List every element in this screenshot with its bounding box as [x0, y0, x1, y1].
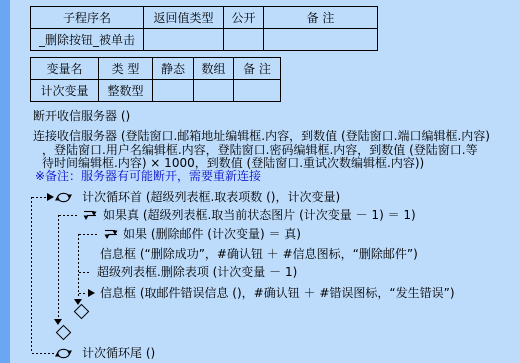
array-cell[interactable]: [194, 80, 234, 102]
remark-cell[interactable]: [264, 29, 378, 51]
public-cell[interactable]: [224, 29, 264, 51]
flow-guide-level2: [58, 215, 59, 318]
code-line-loop-end[interactable]: 计次循环尾 (): [82, 347, 155, 360]
code-line-if[interactable]: 如果 (删除邮件 (计次变量) ＝ 真): [123, 228, 301, 241]
flow-guide-level3: [78, 234, 79, 297]
col-variable-name: 变量名: [31, 58, 99, 80]
table-row: 计次变量 整数型: [31, 80, 281, 102]
if-branch-icon: [82, 208, 99, 223]
variable-type-cell[interactable]: 整数型: [99, 80, 153, 102]
subroutine-name-cell[interactable]: _删除按钮_被单击: [31, 29, 144, 51]
else-branch-arrow-icon: [88, 289, 95, 297]
if-true-end-diamond-icon: [56, 325, 72, 341]
remark-cell[interactable]: [234, 80, 281, 102]
if-end-diamond-icon: [74, 304, 90, 320]
col-subroutine-name: 子程序名: [31, 7, 144, 29]
col-remark: 备 注: [264, 7, 378, 29]
code-line-delete-item[interactable]: 超级列表框.删除表项 (计次变量 － 1): [97, 266, 297, 279]
flow-guide-level2-top: [59, 215, 79, 216]
code-line-msg-error[interactable]: 信息框 (取邮件错误信息 ()，#确认钮 ＋ #错误图标，“发生错误”): [100, 287, 455, 300]
flow-guide-level1: [31, 197, 32, 353]
flow-guide-level1-bottom: [32, 353, 54, 354]
loop-icon: [55, 190, 72, 205]
table-header-row: 子程序名 返回值类型 公开 备 注: [31, 7, 378, 29]
static-cell[interactable]: [153, 80, 194, 102]
col-static: 静态: [153, 58, 194, 80]
col-public: 公开: [224, 7, 264, 29]
code-line-comment[interactable]: ※备注：服务器有可能断开，需要重新连接: [35, 170, 261, 183]
flow-guide-level3-bottom: [79, 293, 87, 294]
code-line-if-true[interactable]: 如果真 (超级列表框.取当前状态图片 (计次变量 － 1) ＝ 1): [103, 209, 416, 222]
col-array: 数组: [194, 58, 234, 80]
col-remark: 备 注: [234, 58, 281, 80]
table-header-row: 变量名 类 型 静态 数组 备 注: [31, 58, 281, 80]
table-row: _删除按钮_被单击: [31, 29, 378, 51]
code-line-connect-1[interactable]: 连接收信服务器 (登陆窗口.邮箱地址编辑框.内容，到数值 (登陆窗口.端口编辑框…: [33, 130, 490, 143]
flow-guide-level3-mid: [79, 272, 91, 273]
flow-entry-arrow-icon: [47, 193, 54, 201]
if-branch-icon: [103, 227, 120, 242]
flow-end-arrow-icon: [54, 319, 62, 325]
code-line-msg-success[interactable]: 信息框 (“删除成功”，#确认钮 ＋ #信息图标，“删除邮件”): [100, 248, 418, 261]
flow-guide-level3-top: [79, 234, 99, 235]
flow-guide-level1-top: [32, 197, 46, 198]
code-line-disconnect[interactable]: 断开收信服务器 (): [33, 110, 130, 123]
variable-name-cell[interactable]: 计次变量: [31, 80, 99, 102]
return-type-cell[interactable]: [144, 29, 224, 51]
col-type: 类 型: [99, 58, 153, 80]
loop-icon: [55, 346, 72, 361]
col-return-type: 返回值类型: [144, 7, 224, 29]
code-line-loop-start[interactable]: 计次循环首 (超级列表框.取表项数 ()，计次变量): [82, 191, 340, 204]
code-editor-canvas: 子程序名 返回值类型 公开 备 注 _删除按钮_被单击 变量名 类 型 静态 数…: [0, 0, 520, 363]
variable-table: 变量名 类 型 静态 数组 备 注 计次变量 整数型: [30, 57, 281, 102]
left-margin-strip: [0, 0, 10, 363]
subroutine-table: 子程序名 返回值类型 公开 备 注 _删除按钮_被单击: [30, 6, 378, 51]
